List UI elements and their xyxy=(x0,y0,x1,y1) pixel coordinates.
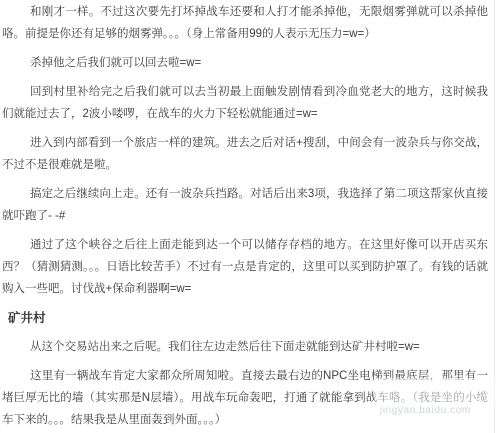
paragraph: 从这个交易站出来之后呢。我们往左边走然后往下面走就能到达矿井村啦=w= xyxy=(2,336,488,358)
paragraph: 和刚才一样。不过这次要先打坏掉战车还要和人打才能杀掉他，无限烟雾弹就可以杀掉他咯… xyxy=(2,1,488,45)
paragraph: 回到村里补给完之后我们就可以去当初最上面触发剧情看到冷血党老大的地方，这时候我们… xyxy=(2,81,488,125)
paragraph: 搞定之后继续向上走。还有一波杂兵挡路。对话后出来3项，我选择了第二项这帮家伙直接… xyxy=(2,183,488,227)
paragraph: 通过了这个峡谷之后往上面走能到达一个可以储存存档的地方。在这里好像可以开店买东西… xyxy=(2,234,488,300)
article-page: 和刚才一样。不过这次要先打坏掉战车还要和人打才能杀掉他，无限烟雾弹就可以杀掉他咯… xyxy=(0,0,495,433)
paragraph: 杀掉他之后我们就可以回去啦=w= xyxy=(2,52,488,74)
paragraph: 这里有一辆战车肯定大家都众所周知啦。直接去最右边的NPC坐电梯到最底层，那里有一… xyxy=(2,365,488,431)
section-heading: 矿井村 xyxy=(2,307,488,329)
paragraph: 进入到内部看到一个旅店一样的建筑。进去之后对话+搜刮，中间会有一波杂兵与你交战，… xyxy=(2,132,488,176)
